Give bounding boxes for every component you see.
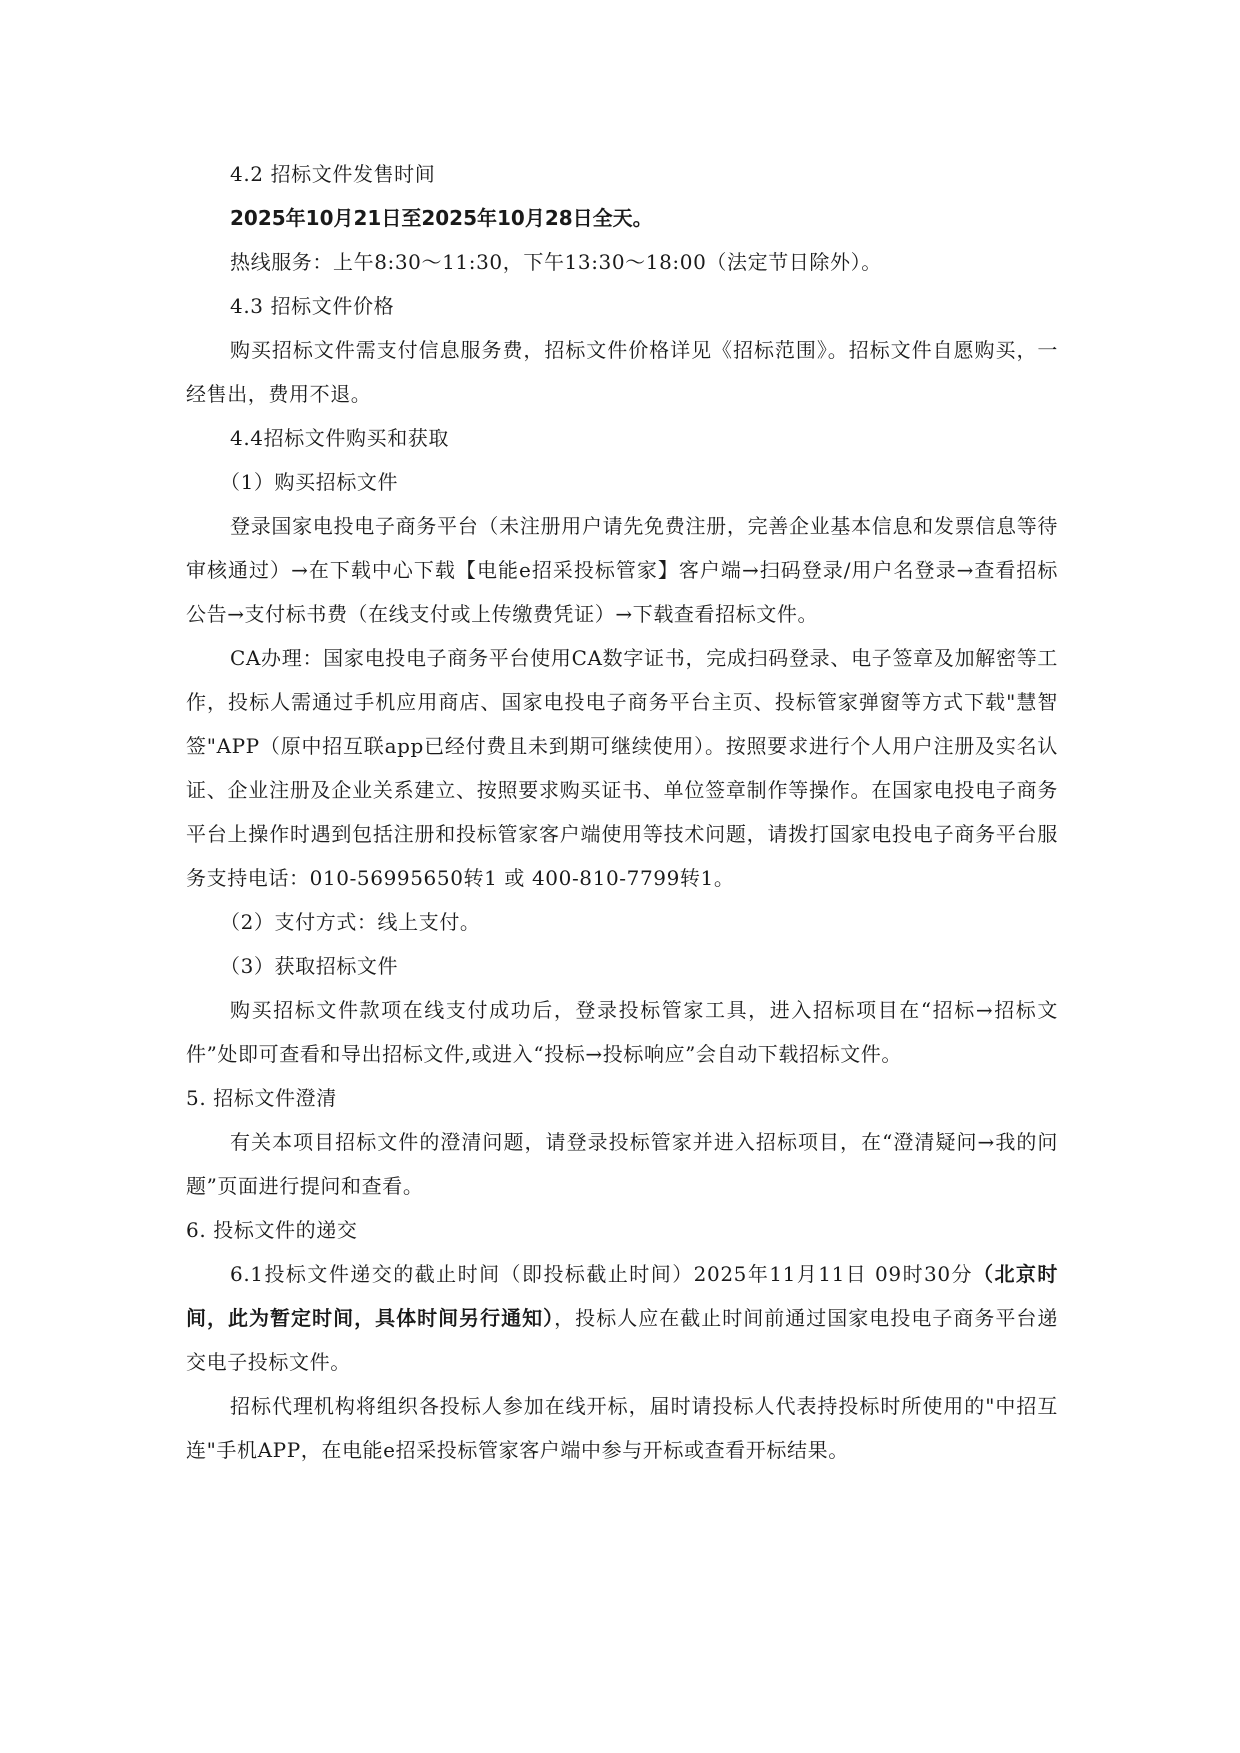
hotline-hours: 热线服务：上午8:30～11:30，下午13:30～18:00（法定节日除外）。	[186, 240, 1058, 284]
ca-paragraph: CA办理：国家电投电子商务平台使用CA数字证书，完成扫码登录、电子签章及加解密等…	[186, 636, 1058, 900]
item-2-payment-method: （2）支付方式：线上支付。	[186, 900, 1058, 944]
item-1-heading: （1）购买招标文件	[186, 460, 1058, 504]
section-5-heading: 5. 招标文件澄清	[186, 1076, 1058, 1120]
section-4-2-heading: 4.2 招标文件发售时间	[186, 152, 1058, 196]
clarification-paragraph: 有关本项目招标文件的澄清问题，请登录投标管家并进入招标项目，在“澄清疑问→我的问…	[186, 1120, 1058, 1208]
obtain-docs-paragraph: 购买招标文件款项在线支付成功后，登录投标管家工具，进入招标项目在“招标→招标文件…	[186, 988, 1058, 1076]
price-paragraph: 购买招标文件需支付信息服务费，招标文件价格详见《招标范围》。招标文件自愿购买，一…	[186, 328, 1058, 416]
section-4-4-heading: 4.4招标文件购买和获取	[186, 416, 1058, 460]
section-6-heading: 6. 投标文件的递交	[186, 1208, 1058, 1252]
purchase-procedure-paragraph: 登录国家电投电子商务平台（未注册用户请先免费注册，完善企业基本信息和发票信息等待…	[186, 504, 1058, 636]
submission-deadline-paragraph: 6.1投标文件递交的截止时间（即投标截止时间）2025年11月11日 09时30…	[186, 1252, 1058, 1384]
bid-opening-paragraph: 招标代理机构将组织各投标人参加在线开标，届时请投标人代表持投标时所使用的"中招互…	[186, 1384, 1058, 1472]
item-3-heading: （3）获取招标文件	[186, 944, 1058, 988]
section-4-3-heading: 4.3 招标文件价格	[186, 284, 1058, 328]
document-page: 4.2 招标文件发售时间 2025年10月21日至2025年10月28日全天。 …	[186, 152, 1058, 1472]
sale-date-range: 2025年10月21日至2025年10月28日全天。	[186, 196, 1058, 240]
deadline-text: 6.1投标文件递交的截止时间（即投标截止时间）2025年11月11日 09时30…	[230, 1262, 973, 1286]
